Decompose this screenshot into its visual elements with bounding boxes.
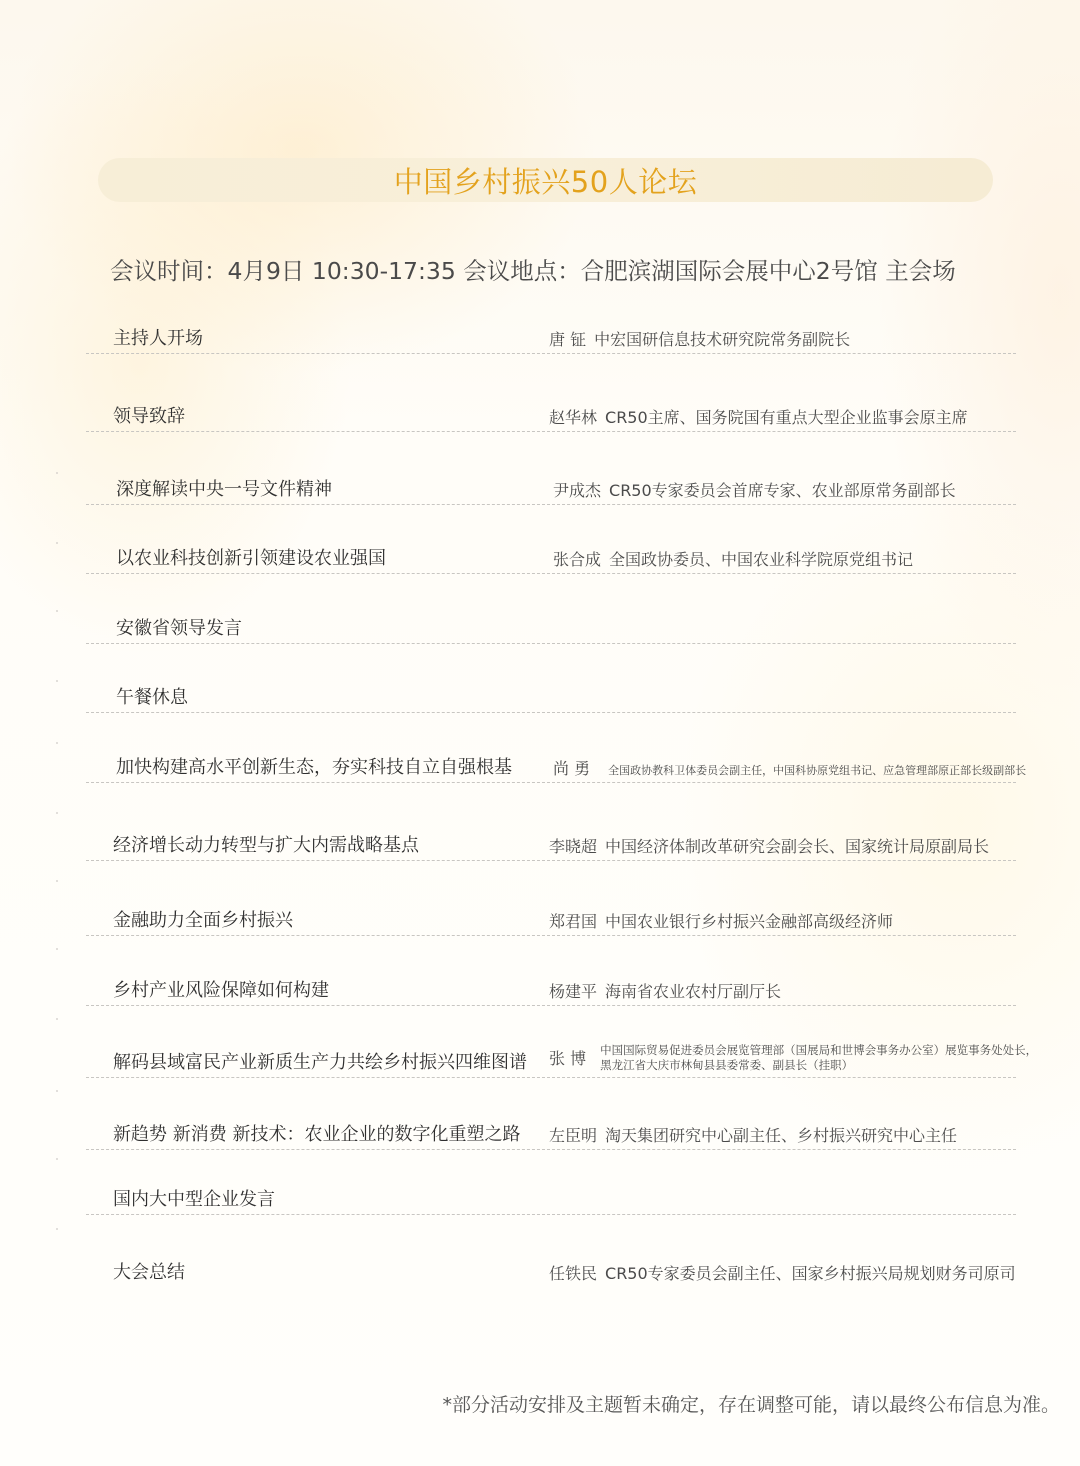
agenda-topic: 午餐休息 xyxy=(116,683,188,709)
speaker-title: 中宏国研信息技术研究院常务副院长 xyxy=(594,330,850,349)
speaker-name: 尚 勇 xyxy=(553,759,590,778)
agenda-row: 深度解读中央一号文件精神 尹成杰CR50专家委员会首席专家、农业部原常务副部长 xyxy=(86,464,1016,505)
agenda-row: 主持人开场 唐 钲中宏国研信息技术研究院常务副院长 xyxy=(86,313,1016,354)
agenda-row: 经济增长动力转型与扩大内需战略基点 李晓超中国经济体制改革研究会副会长、国家统计… xyxy=(86,820,1016,861)
agenda-row: 解码县域富民产业新质生产力共绘乡村振兴四维图谱 张 博 中国国际贸易促进委员会展… xyxy=(86,1037,1016,1078)
agenda-topic: 加快构建高水平创新生态，夯实科技自立自强根基 xyxy=(116,753,512,779)
speaker-name: 郑君国 xyxy=(549,912,597,931)
agenda-speaker: 任铁民CR50专家委员会副主任、国家乡村振兴局规划财务司原司 xyxy=(549,1261,1016,1284)
agenda-topic: 解码县域富民产业新质生产力共绘乡村振兴四维图谱 xyxy=(113,1048,527,1074)
agenda-topic: 安徽省领导发言 xyxy=(116,614,242,640)
edge-dot-markers xyxy=(56,0,60,1466)
agenda-row: 午餐休息 xyxy=(86,672,1016,713)
speaker-title-line-2: 黑龙江省大庆市林甸县县委常委、副县长（挂职） xyxy=(600,1058,1037,1073)
agenda-row: 金融助力全面乡村振兴 郑君国中国农业银行乡村振兴金融部高级经济师 xyxy=(86,895,1016,936)
agenda-row: 国内大中型企业发言 xyxy=(86,1174,1016,1215)
agenda-topic: 国内大中型企业发言 xyxy=(113,1185,275,1211)
agenda-row: 领导致辞 赵华林CR50主席、国务院国有重点大型企业监事会原主席 xyxy=(86,391,1016,432)
agenda-topic: 经济增长动力转型与扩大内需战略基点 xyxy=(113,831,419,857)
agenda-row: 安徽省领导发言 xyxy=(86,603,1016,644)
speaker-title: CR50专家委员会首席专家、农业部原常务副部长 xyxy=(609,481,956,500)
agenda-speaker: 郑君国中国农业银行乡村振兴金融部高级经济师 xyxy=(549,909,893,932)
agenda-topic: 乡村产业风险保障如何构建 xyxy=(113,976,329,1002)
agenda-speaker: 赵华林CR50主席、国务院国有重点大型企业监事会原主席 xyxy=(549,405,968,428)
speaker-title-line-1: 中国国际贸易促进委员会展览管理部（国展局和世博会事务办公室）展览事务处处长， xyxy=(600,1043,1037,1058)
agenda-topic: 金融助力全面乡村振兴 xyxy=(113,906,293,932)
agenda-row: 大会总结 任铁民CR50专家委员会副主任、国家乡村振兴局规划财务司原司 xyxy=(86,1247,1016,1287)
agenda-speaker: 尹成杰CR50专家委员会首席专家、农业部原常务副部长 xyxy=(553,478,956,501)
speaker-title: 淘天集团研究中心副主任、乡村振兴研究中心主任 xyxy=(605,1126,957,1145)
agenda-topic: 深度解读中央一号文件精神 xyxy=(116,475,332,501)
agenda-row: 乡村产业风险保障如何构建 杨建平海南省农业农村厅副厅长 xyxy=(86,965,1016,1006)
agenda-topic: 大会总结 xyxy=(113,1258,185,1284)
agenda-speaker: 唐 钲中宏国研信息技术研究院常务副院长 xyxy=(549,327,850,350)
agenda-topic: 以农业科技创新引领建设农业强国 xyxy=(116,544,386,570)
speaker-title: 中国国际贸易促进委员会展览管理部（国展局和世博会事务办公室）展览事务处处长， 黑… xyxy=(600,1043,1037,1073)
agenda-speaker: 张合成全国政协委员、中国农业科学院原党组书记 xyxy=(553,547,913,570)
agenda-topic: 主持人开场 xyxy=(113,324,203,350)
speaker-title: 中国经济体制改革研究会副会长、国家统计局原副局长 xyxy=(605,837,989,856)
speaker-title: 中国农业银行乡村振兴金融部高级经济师 xyxy=(605,912,893,931)
agenda-speaker: 左臣明淘天集团研究中心副主任、乡村振兴研究中心主任 xyxy=(549,1123,957,1146)
agenda-topic: 领导致辞 xyxy=(113,402,185,428)
speaker-name: 杨建平 xyxy=(549,982,597,1001)
speaker-name: 任铁民 xyxy=(549,1264,597,1283)
agenda-topic: 新趋势 新消费 新技术：农业企业的数字化重塑之路 xyxy=(113,1120,520,1146)
speaker-title: CR50主席、国务院国有重点大型企业监事会原主席 xyxy=(605,408,968,427)
agenda-speaker: 李晓超中国经济体制改革研究会副会长、国家统计局原副局长 xyxy=(549,834,989,857)
speaker-name: 赵华林 xyxy=(549,408,597,427)
agenda-speaker: 尚 勇全国政协教科卫体委员会副主任，中国科协原党组书记、应急管理部原正部长级副部… xyxy=(553,756,1026,779)
speaker-name: 张合成 xyxy=(553,550,601,569)
speaker-title: CR50专家委员会副主任、国家乡村振兴局规划财务司原司 xyxy=(605,1264,1016,1283)
speaker-title: 全国政协教科卫体委员会副主任，中国科协原党组书记、应急管理部原正部长级副部长 xyxy=(608,764,1026,777)
speaker-name: 张 博 xyxy=(549,1051,586,1066)
agenda-speaker: 张 博 中国国际贸易促进委员会展览管理部（国展局和世博会事务办公室）展览事务处处… xyxy=(549,1043,1037,1073)
agenda-row: 加快构建高水平创新生态，夯实科技自立自强根基 尚 勇全国政协教科卫体委员会副主任… xyxy=(86,742,1016,783)
speaker-name: 左臣明 xyxy=(549,1126,597,1145)
speaker-name: 李晓超 xyxy=(549,837,597,856)
speaker-name: 尹成杰 xyxy=(553,481,601,500)
speaker-name: 唐 钲 xyxy=(549,330,586,349)
agenda-row: 以农业科技创新引领建设农业强国 张合成全国政协委员、中国农业科学院原党组书记 xyxy=(86,533,1016,574)
disclaimer-footnote: *部分活动安排及主题暂未确定，存在调整可能，请以最终公布信息为准。 xyxy=(442,1390,1060,1417)
speaker-title: 海南省农业农村厅副厅长 xyxy=(605,982,781,1001)
agenda-row: 新趋势 新消费 新技术：农业企业的数字化重塑之路 左臣明淘天集团研究中心副主任、… xyxy=(86,1109,1016,1150)
speaker-title: 全国政协委员、中国农业科学院原党组书记 xyxy=(609,550,913,569)
agenda-list: 主持人开场 唐 钲中宏国研信息技术研究院常务副院长 领导致辞 赵华林CR50主席… xyxy=(86,0,1018,1466)
agenda-speaker: 杨建平海南省农业农村厅副厅长 xyxy=(549,979,781,1002)
